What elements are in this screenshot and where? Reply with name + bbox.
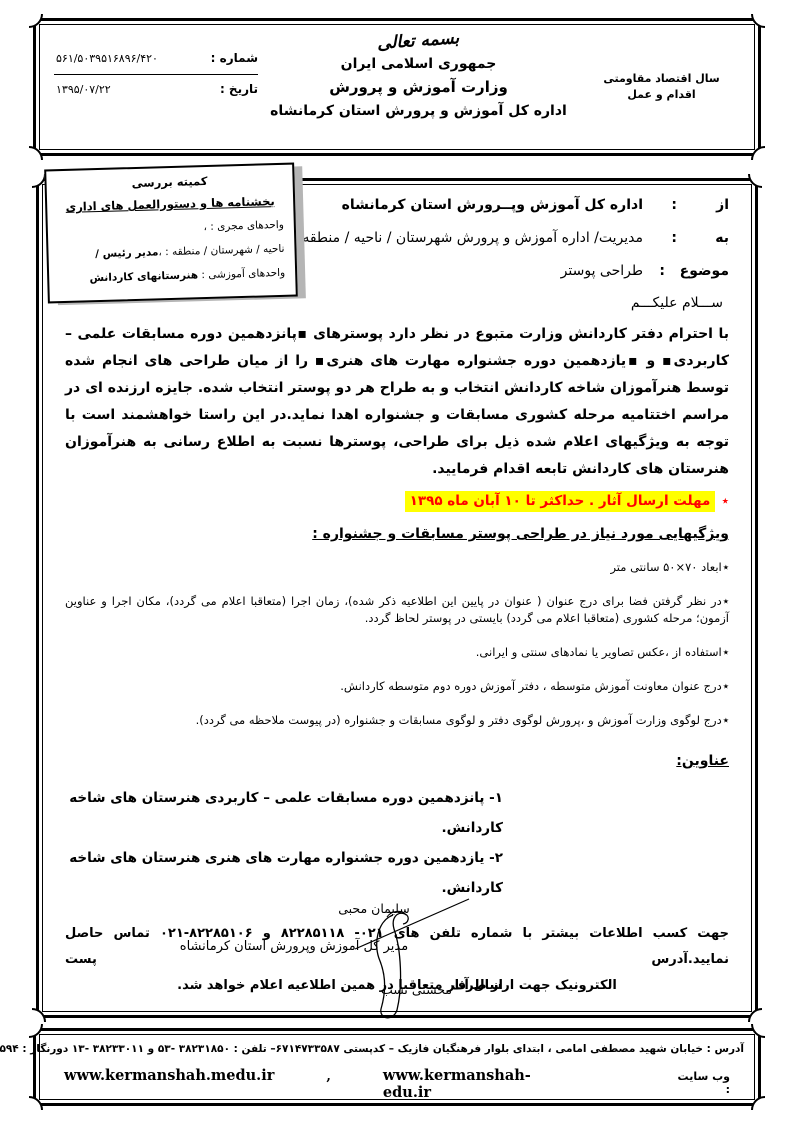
title-item-1: ۱- پانزدهمین دوره مسابقات علمی – کاربردی… (65, 783, 729, 843)
features-heading: ویژگیهایی مورد نیاز در طراحی پوستر مسابق… (65, 526, 729, 542)
feature-text: در نظر گرفتن فضا برای درج عنوان ( عنوان … (65, 594, 729, 625)
number-label: شماره : (211, 51, 258, 65)
address-line: آدرس : خیابان شهید مصطفی امامی ، ابتدای … (50, 1043, 744, 1055)
number-row: شماره : ۵۶۱/۵۰۳۹۵۱۶۸۹۶/۴۲۰ (54, 51, 258, 65)
header-grid: سال اقتصاد مقاومتی اقدام و عمل بسمه تعال… (40, 25, 754, 149)
slogan-block: سال اقتصاد مقاومتی اقدام و عمل (569, 25, 754, 149)
deadline-star-icon: ٭ (722, 493, 729, 509)
asterisk-icon: ٭ (723, 594, 729, 608)
asterisk-icon: ٭ (723, 560, 729, 574)
ministry-title: وزارت آموزش و پرورش (268, 75, 569, 99)
department-title: اداره کل آموزش و پرورش استان کرمانشاه (268, 99, 569, 123)
feature-text: استفاده از ،عکس تصاویر یا نمادهای سنتی و… (476, 645, 722, 659)
subject-colon: : (643, 261, 665, 281)
schools-prefix: واحدهای آموزشی : (198, 267, 285, 281)
header-frame: سال اقتصاد مقاومتی اقدام و عمل بسمه تعال… (33, 18, 761, 156)
website-row: وب سایت : www.kermanshah-edu.ir , www.ke… (50, 1067, 744, 1101)
date-value: ۱۳۹۵/۰۷/۲۲ (56, 83, 111, 96)
footer-frame: آدرس : خیابان شهید مصطفی امامی ، ابتدای … (33, 1028, 761, 1106)
committee-stamp-box: کمیته بررسی بخشنامه ها و دستورالعمل های … (44, 163, 298, 304)
feature-text: درج عنوان معاونت آموزش متوسطه ، دفتر آمو… (340, 679, 721, 693)
date-row: تاریخ : ۱۳۹۵/۰۷/۲۲ (54, 82, 258, 96)
deadline-highlighted-text: مهلت ارسال آثار . حداکثر تا ۱۰ آبان ماه … (405, 491, 716, 512)
bismillah-calligraphy: بسمه تعالی (377, 28, 460, 54)
subject-value: طراحی پوستر (561, 261, 643, 281)
footer-content: آدرس : خیابان شهید مصطفی امامی ، ابتدای … (40, 1035, 754, 1099)
deadline-row: ٭ مهلت ارسال آثار . حداکثر تا ۱۰ آبان ما… (65, 493, 729, 509)
committee-title: کمیته بررسی (56, 172, 282, 192)
from-colon: : (643, 195, 677, 215)
letter-body-frame: از : اداره کل آموزش وپــرورش استان کرمان… (36, 178, 758, 1018)
titles-heading: عناوین: (65, 753, 729, 769)
schools-bold: هنرستانهای کاردانش (89, 269, 198, 284)
feature-item-logos: ٭درج لوگوی وزارت آموزش و ،پرورش لوگوی دف… (65, 712, 729, 729)
slogan-line2: اقدام و عمل (627, 87, 695, 103)
from-value: اداره کل آموزش وپــرورش استان کرمانشاه (342, 195, 643, 215)
website-link-1[interactable]: www.kermanshah-edu.ir (383, 1067, 558, 1101)
country-title: جمهوری اسلامی ایران (268, 53, 569, 75)
website-label: وب سایت : (676, 1070, 730, 1096)
committee-line-executors: واحدهای مجری : ، (58, 218, 284, 239)
website-separator: , (326, 1069, 331, 1084)
from-label: از (677, 195, 729, 215)
feature-item-space: ٭در نظر گرفتن فضا برای درج عنوان ( عنوان… (65, 593, 729, 627)
date-label: تاریخ : (220, 82, 258, 96)
to-label: به (677, 228, 729, 248)
handwritten-signature (327, 887, 477, 1027)
to-colon: : (643, 228, 677, 248)
website-link-2[interactable]: www.kermanshah.medu.ir (64, 1067, 274, 1084)
asterisk-icon: ٭ (723, 713, 729, 727)
district-bold: مدیر رئیس / (95, 246, 159, 260)
feature-text: درج لوگوی وزارت آموزش و ،پرورش لوگوی دفت… (196, 713, 722, 727)
to-value: مدیریت/ اداره آموزش و پرورش شهرستان / نا… (302, 228, 643, 248)
body-paragraph: با احترام دفتر کاردانش وزارت متبوع در نظ… (65, 321, 729, 483)
feature-item-deputy-title: ٭درج عنوان معاونت آموزش متوسطه ، دفتر آم… (65, 678, 729, 695)
slogan-line1: سال اقتصاد مقاومتی (603, 71, 719, 87)
subject-label: موضوع (665, 261, 729, 281)
feature-item-imagery: ٭استفاده از ،عکس تصاویر یا نمادهای سنتی … (65, 644, 729, 661)
committee-line-schools: واحدهای آموزشی : هنرستانهای کاردانش (59, 266, 285, 287)
asterisk-icon: ٭ (723, 645, 729, 659)
asterisk-icon: ٭ (723, 679, 729, 693)
number-value: ۵۶۱/۵۰۳۹۵۱۶۸۹۶/۴۲۰ (56, 52, 158, 65)
district-prefix: ناحیه / شهرستان / منطقه : ، (158, 243, 284, 259)
feature-item-dimensions: ٭ابعاد ۷۰×۵۰ سانتی متر (65, 559, 729, 576)
letterhead-center: بسمه تعالی جمهوری اسلامی ایران وزارت آمو… (268, 25, 569, 149)
official-letter-page: { "banner": { "slogan_line1": "سال اقتصا… (0, 0, 794, 1123)
titles-list: ۱- پانزدهمین دوره مسابقات علمی – کاربردی… (65, 783, 729, 903)
feature-text: ابعاد ۷۰×۵۰ سانتی متر (610, 560, 721, 574)
number-date-block: شماره : ۵۶۱/۵۰۳۹۵۱۶۸۹۶/۴۲۰ تاریخ : ۱۳۹۵/… (40, 25, 268, 149)
committee-line-district: ناحیه / شهرستان / منطقه : ،مدیر رئیس / (58, 242, 284, 263)
committee-subtitle: بخشنامه ها و دستورالعمل های اداری (57, 194, 283, 214)
number-date-divider (54, 74, 258, 75)
